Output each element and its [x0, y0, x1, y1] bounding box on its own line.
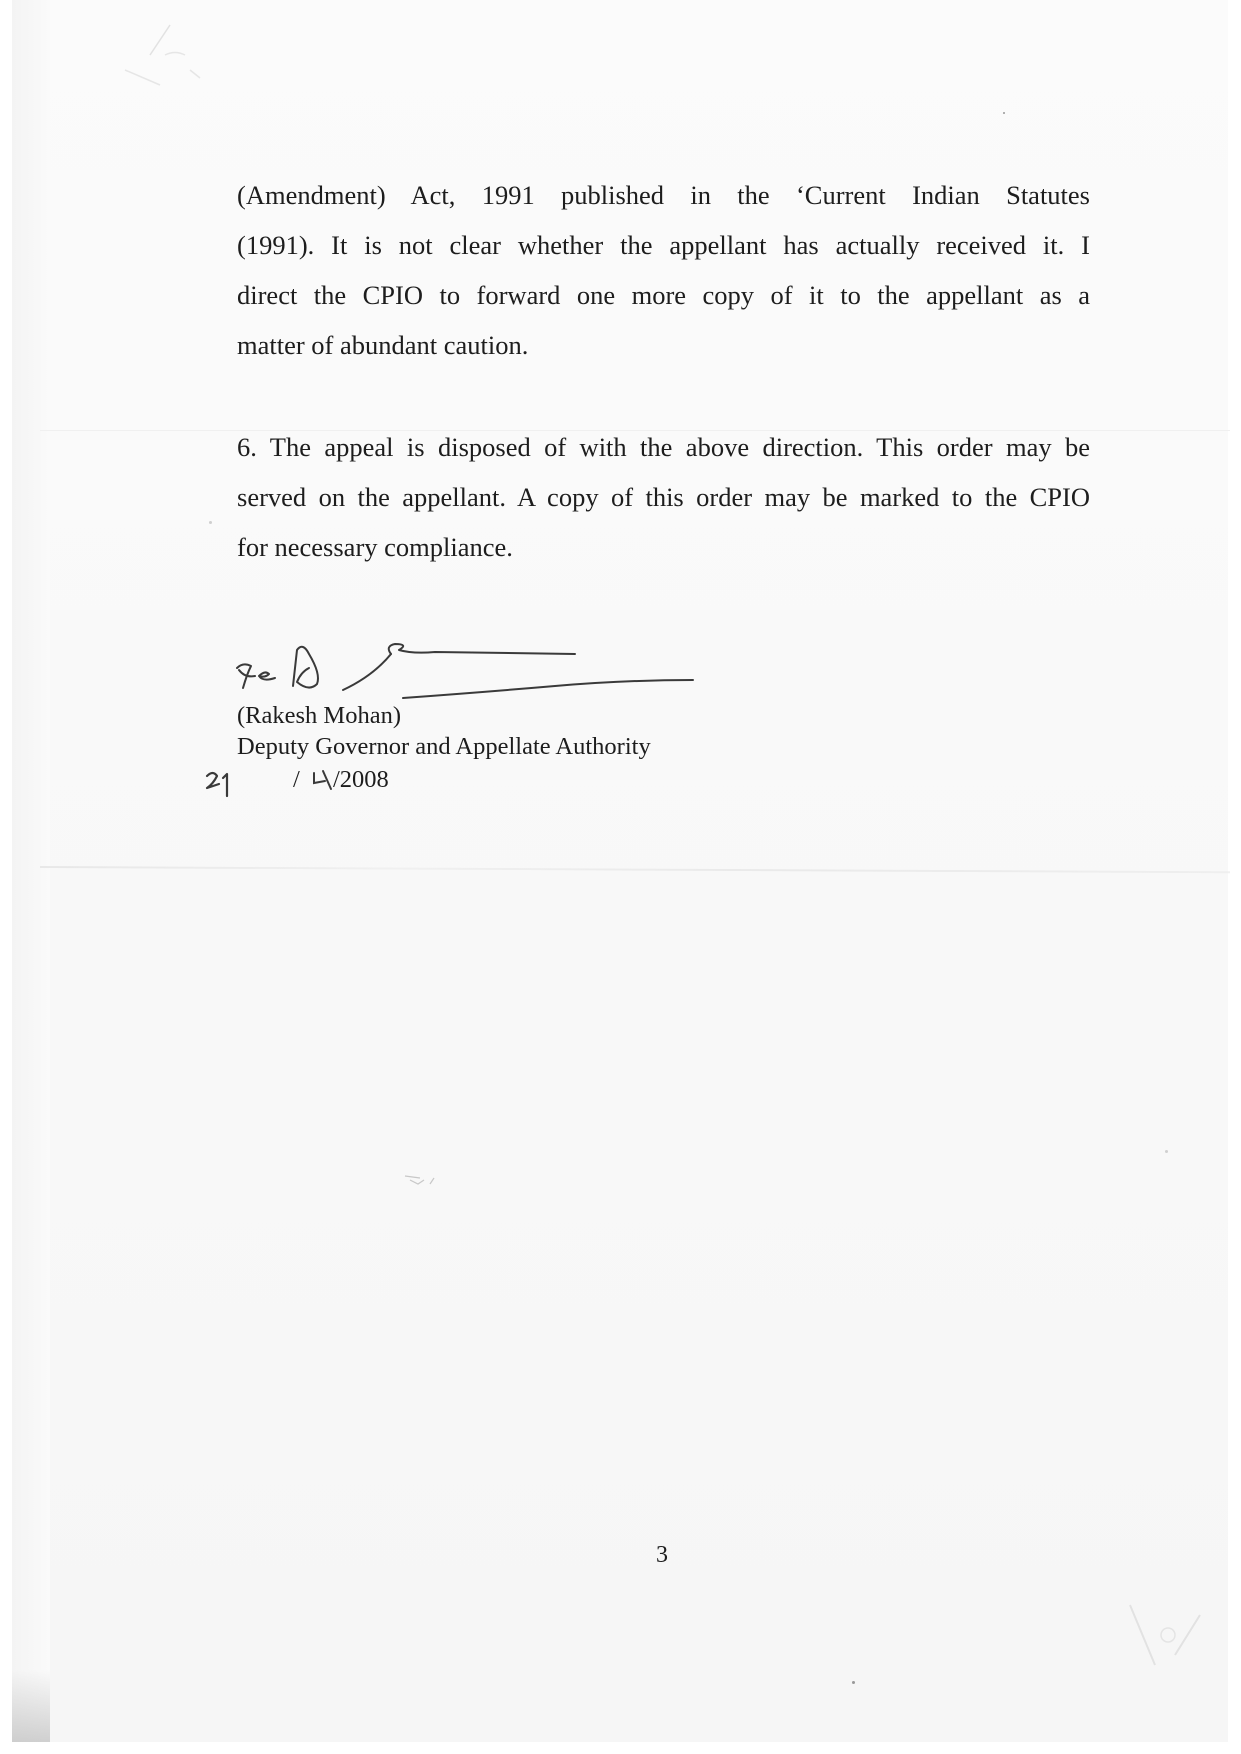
text-line: served on the appellant. A copy of this …: [237, 472, 1090, 522]
text-line: matter of abundant caution.: [237, 320, 1090, 370]
signature-handwritten: [225, 628, 705, 708]
paper-left-edge: [12, 0, 50, 1742]
text-line: 6. The appeal is disposed of with the ab…: [237, 422, 1090, 472]
scan-speck: [1003, 112, 1005, 114]
scan-speck: [852, 1681, 855, 1684]
paragraph-continuation: (Amendment) Act, 1991 published in the ‘…: [237, 170, 1090, 370]
handwritten-day: [205, 764, 305, 804]
date-printed: //2008: [293, 764, 389, 795]
signatory-name: (Rakesh Mohan): [237, 700, 651, 731]
text-line: (1991). It is not clear whether the appe…: [237, 220, 1090, 270]
text-line: direct the CPIO to forward one more copy…: [237, 270, 1090, 320]
signatory-designation: Deputy Governor and Appellate Authority: [237, 731, 651, 762]
scan-speck: [209, 521, 212, 524]
paragraph-6: 6. The appeal is disposed of with the ab…: [237, 422, 1090, 572]
signatory-block: (Rakesh Mohan) Deputy Governor and Appel…: [237, 700, 651, 762]
text-line: (Amendment) Act, 1991 published in the ‘…: [237, 170, 1090, 220]
date-line: //2008: [205, 764, 405, 804]
handwritten-month: [311, 767, 333, 791]
scan-shadow: [12, 1670, 50, 1742]
text-line: for necessary compliance.: [237, 522, 1090, 572]
page-number: 3: [650, 1540, 674, 1570]
scan-speck: [1165, 1150, 1168, 1153]
